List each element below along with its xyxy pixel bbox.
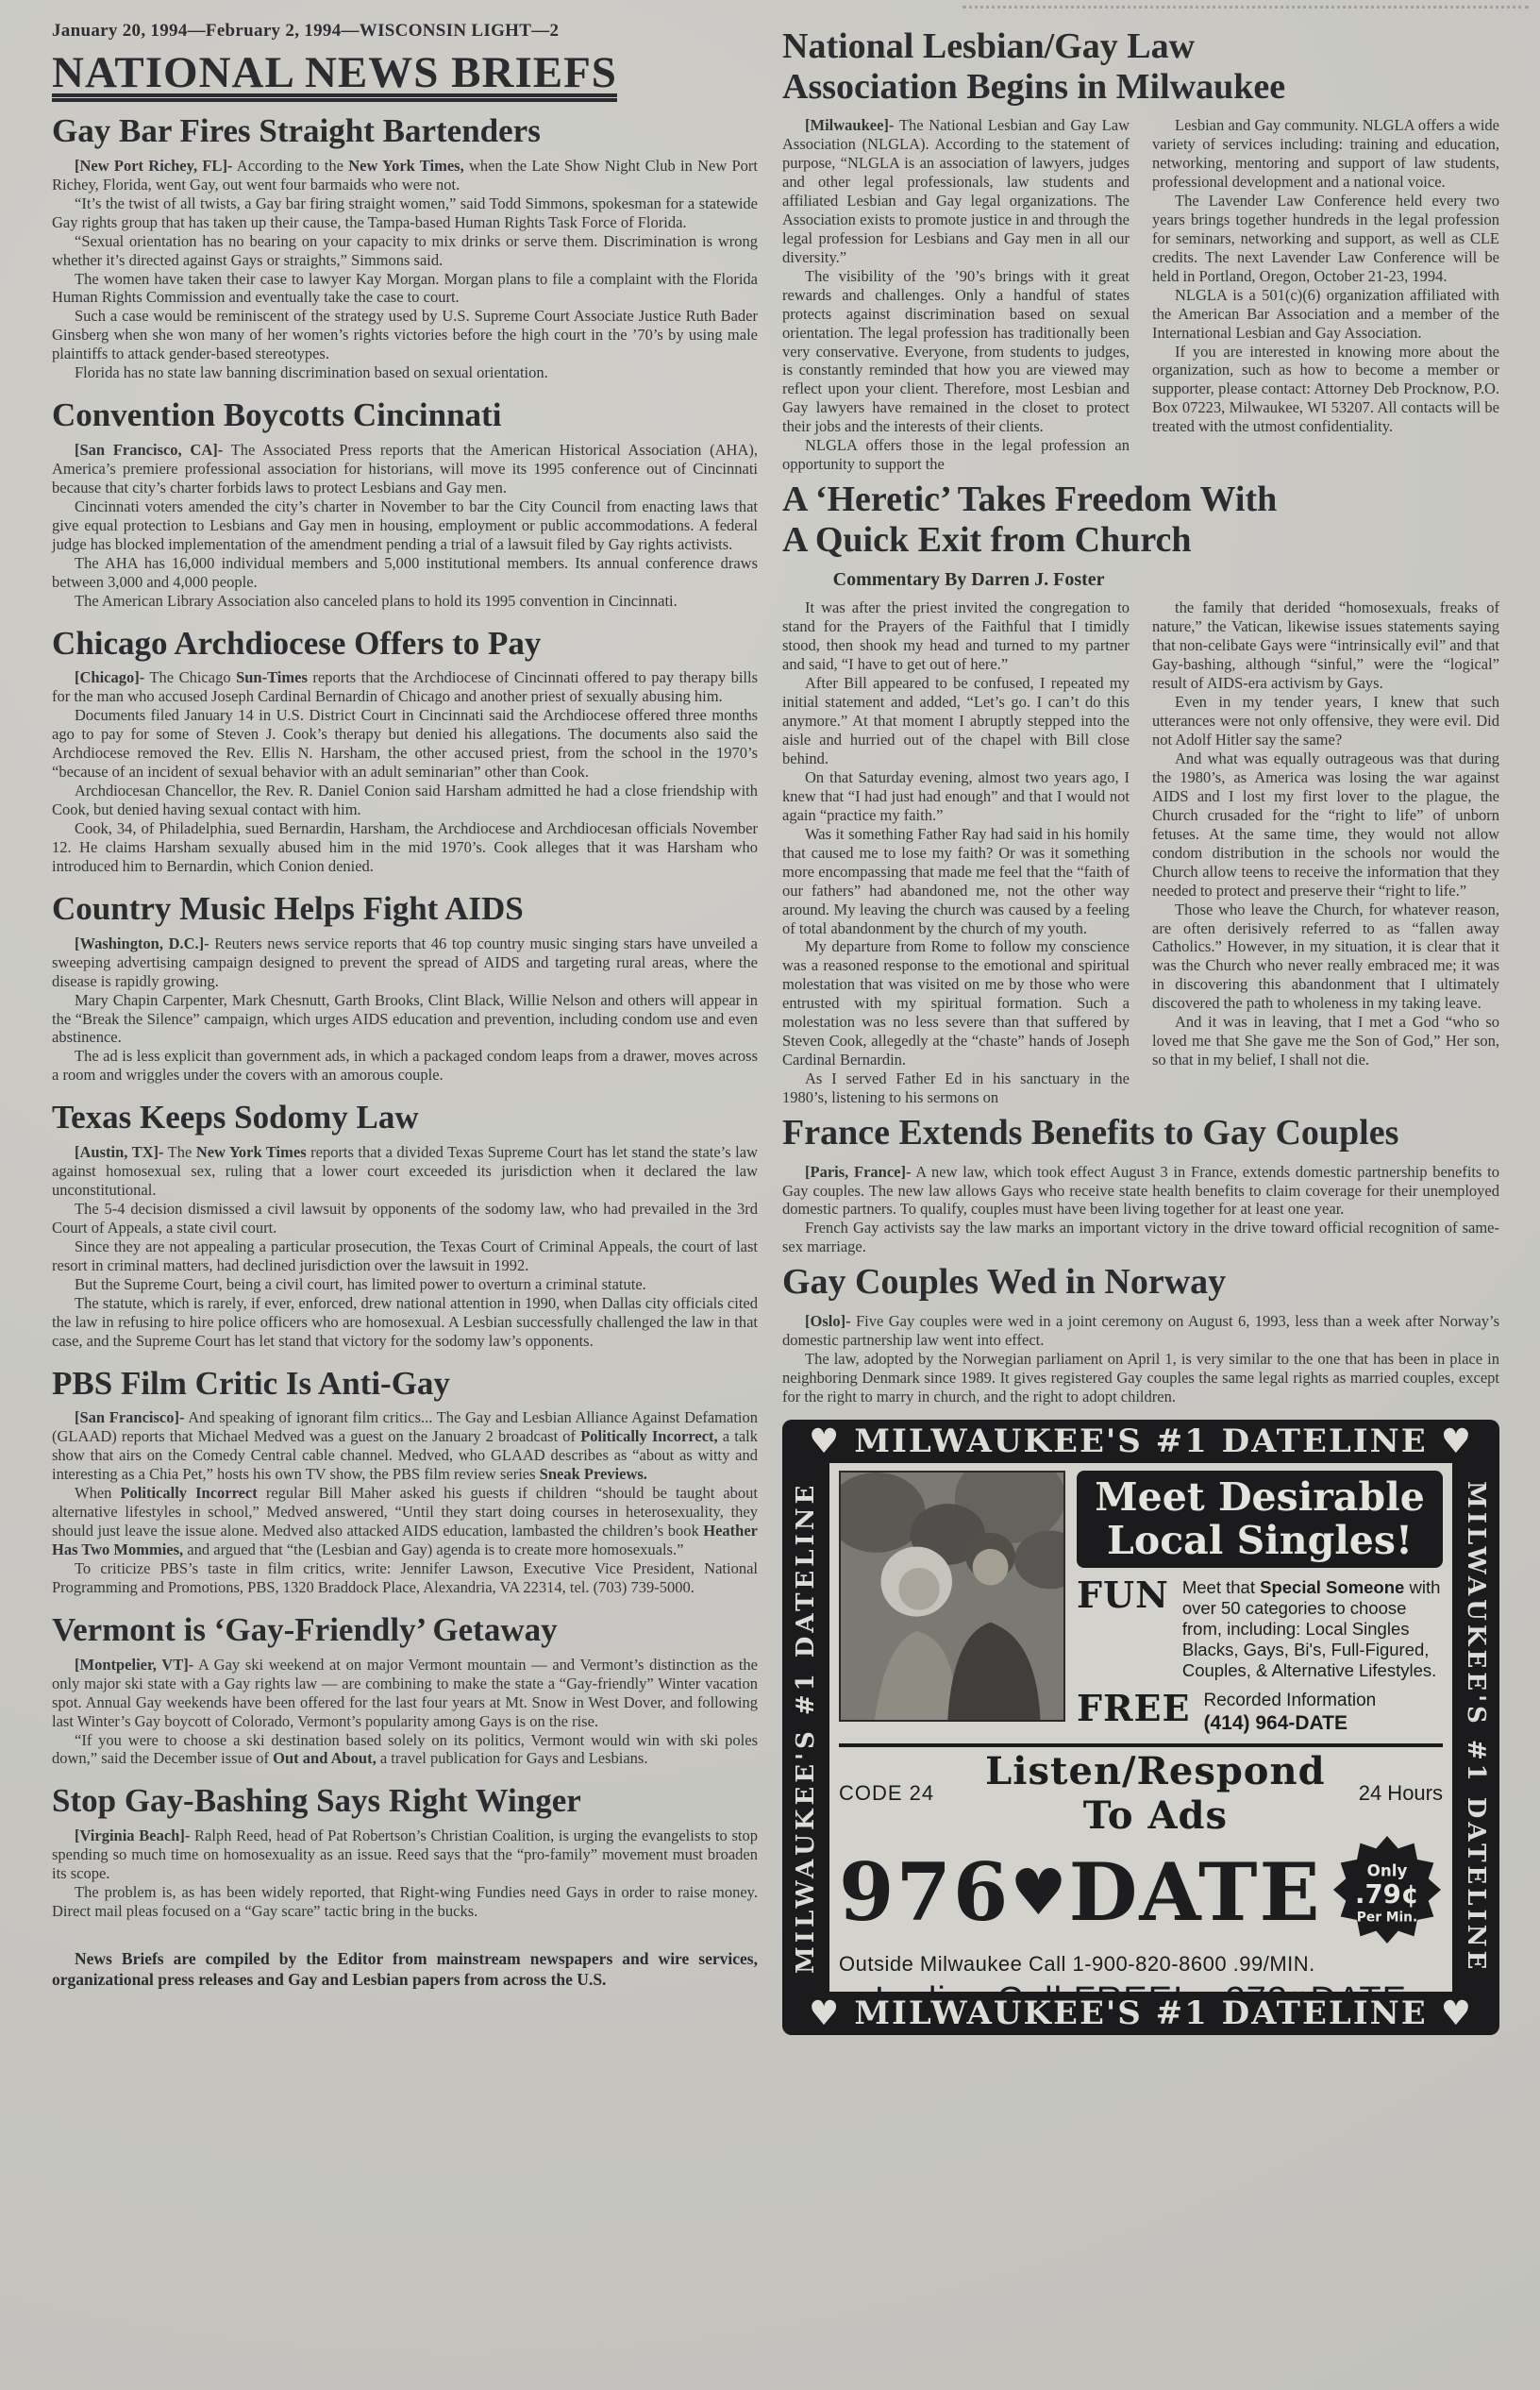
article-paragraph: [New Port Richey, FL]- According to the … [52, 157, 758, 194]
article-paragraph: Lesbian and Gay community. NLGLA offers … [1152, 116, 1499, 192]
article-headline: Gay Bar Fires Straight Bartenders [52, 113, 758, 149]
article-paragraph: Cook, 34, of Philadelphia, sued Bernardi… [52, 819, 758, 876]
article-paragraph: The law, adopted by the Norwegian parlia… [782, 1350, 1499, 1406]
ad-main-phone-row: 976♥DATE Only .79¢ Per Min. [839, 1834, 1443, 1950]
article-headline: Gay Couples Wed in Norway [782, 1262, 1499, 1303]
news-article: National Lesbian/Gay Law Association Beg… [782, 26, 1499, 474]
article-paragraph: “Sexual orientation has no bearing on yo… [52, 232, 758, 270]
article-headline: France Extends Benefits to Gay Couples [782, 1113, 1499, 1153]
ad-listen-row: CODE 24 Listen/Respond To Ads 24 Hours [839, 1749, 1443, 1838]
article-paragraph: The ad is less explicit than government … [52, 1047, 758, 1085]
article-paragraph: The 5-4 decision dismissed a civil lawsu… [52, 1200, 758, 1237]
outside-milwaukee-line: Outside Milwaukee Call 1-900-820-8600 .9… [839, 1952, 1443, 1977]
left-articles: Gay Bar Fires Straight Bartenders[New Po… [52, 113, 758, 1921]
ad-free-row: FREE Recorded Information (414) 964-DATE [1077, 1691, 1443, 1737]
ad-divider [839, 1743, 1443, 1747]
page-columns: January 20, 1994—February 2, 1994—WISCON… [0, 0, 1540, 2035]
article-headline: Stop Gay-Bashing Says Right Winger [52, 1783, 758, 1819]
article-paragraph: Archdiocesan Chancellor, the Rev. R. Dan… [52, 782, 758, 819]
article-headline: Texas Keeps Sodomy Law [52, 1100, 758, 1136]
article-paragraph: French Gay activists say the law marks a… [782, 1219, 1499, 1256]
article-headline: Chicago Archdiocese Offers to Pay [52, 626, 758, 662]
article-subcolumn: the family that derided “homosexuals, fr… [1152, 598, 1499, 1107]
article-paragraph: Cincinnati voters amended the city’s cha… [52, 497, 758, 554]
article-paragraph: To criticize PBS’s taste in film critics… [52, 1559, 758, 1597]
article-paragraph: Those who leave the Church, for whatever… [1152, 900, 1499, 1014]
article-paragraph: The statute, which is rarely, if ever, e… [52, 1294, 758, 1351]
article-paragraph: The problem is, as has been widely repor… [52, 1883, 758, 1921]
article-paragraph: And what was equally outrageous was that… [1152, 749, 1499, 900]
article-paragraph: The AHA has 16,000 individual members an… [52, 554, 758, 592]
code24-label: CODE 24 [839, 1781, 952, 1806]
free-line1: Recorded Information [1204, 1691, 1377, 1710]
ad-side-left: MILWAUKEE'S #1 DATELINE [782, 1463, 829, 1992]
article-paragraph: My departure from Rome to follow my cons… [782, 937, 1130, 1069]
main-phone-number: 976♥DATE [839, 1855, 1322, 1930]
ad-headline: Meet Desirable Local Singles! [1077, 1471, 1443, 1569]
section-title-national-news-briefs: NATIONAL NEWS BRIEFS [52, 47, 758, 98]
price-starburst-79: Only .79¢ Per Min. [1331, 1834, 1443, 1950]
article-paragraph: [Montpelier, VT]- A Gay ski weekend at o… [52, 1656, 758, 1731]
listen-respond-label: Listen/Respond To Ads [960, 1749, 1351, 1838]
article-subcolumn: Lesbian and Gay community. NLGLA offers … [1152, 116, 1499, 474]
fun-text: Meet that Special Someone with over 50 c… [1182, 1577, 1443, 1680]
article-paragraph: The women have taken their case to lawye… [52, 270, 758, 308]
article-paragraph: Such a case would be reminiscent of the … [52, 307, 758, 363]
article-paragraph: As I served Father Ed in his sanctuary i… [782, 1069, 1130, 1107]
ad-content: Meet Desirable Local Singles! FUN Meet t… [829, 1463, 1452, 1992]
news-article: PBS Film Critic Is Anti-Gay[San Francisc… [52, 1366, 758, 1597]
article-paragraph: Was it something Father Ray had said in … [782, 825, 1130, 938]
news-article: Chicago Archdiocese Offers to Pay[Chicag… [52, 626, 758, 876]
burst-line2: .79¢ [1355, 1879, 1419, 1910]
news-article: Gay Couples Wed in Norway[Oslo]- Five Ga… [782, 1262, 1499, 1405]
couple-photo-illustration [841, 1473, 1063, 1720]
free-text: Recorded Information (414) 964-DATE [1204, 1691, 1377, 1737]
article-headline: PBS Film Critic Is Anti-Gay [52, 1366, 758, 1402]
ladies-call-label: Ladies Call FREE! [875, 1980, 1183, 1991]
heart-icon: ♥ [1288, 1980, 1311, 1991]
free-label: FREE [1077, 1691, 1191, 1726]
ad-headline-line1: Meet Desirable [1080, 1476, 1439, 1520]
phone-prefix: 976 [839, 1845, 1010, 1939]
article-headline: National Lesbian/Gay Law Association Beg… [782, 26, 1499, 107]
article-paragraph: Florida has no state law banning discrim… [52, 363, 758, 382]
ad-top-right: Meet Desirable Local Singles! FUN Meet t… [1077, 1471, 1443, 1737]
ad-banner-top: ♥ MILWAUKEE'S #1 DATELINE ♥ [782, 1420, 1499, 1463]
article-paragraph: NLGLA is a 501(c)(6) organization affili… [1152, 286, 1499, 343]
ladies-phone: 272♥DATE [1225, 1980, 1407, 1991]
dateline-advertisement: ♥ MILWAUKEE'S #1 DATELINE ♥ MILWAUKEE'S … [782, 1420, 1499, 2035]
fun-label: FUN [1077, 1577, 1169, 1613]
article-subcolumn: [Milwaukee]- The National Lesbian and Ga… [782, 116, 1130, 474]
article-headline: A ‘Heretic’ Takes Freedom With A Quick E… [782, 480, 1499, 560]
phone-suffix: DATE [1069, 1845, 1322, 1939]
scan-artifact-dots [962, 6, 1529, 8]
article-paragraph: It was after the priest invited the cong… [782, 598, 1130, 674]
article-paragraph: NLGLA offers those in the legal professi… [782, 436, 1130, 474]
article-paragraph: [Paris, France]- A new law, which took e… [782, 1163, 1499, 1220]
news-article: France Extends Benefits to Gay Couples[P… [782, 1113, 1499, 1256]
article-paragraph: [Austin, TX]- The New York Times reports… [52, 1143, 758, 1200]
couple-photo [839, 1471, 1065, 1722]
ad-top-section: Meet Desirable Local Singles! FUN Meet t… [839, 1471, 1443, 1737]
article-paragraph: the family that derided “homosexuals, fr… [1152, 598, 1499, 693]
article-paragraph: The visibility of the ’90’s brings with … [782, 267, 1130, 437]
news-article: A ‘Heretic’ Takes Freedom With A Quick E… [782, 480, 1499, 1107]
article-paragraph: If you are interested in knowing more ab… [1152, 343, 1499, 437]
article-paragraph: After Bill appeared to be confused, I re… [782, 674, 1130, 768]
news-article: Convention Boycotts Cincinnati[San Franc… [52, 397, 758, 610]
article-paragraph: [Chicago]- The Chicago Sun-Times reports… [52, 668, 758, 706]
article-byline: Commentary By Darren J. Foster [782, 569, 1155, 591]
right-column: National Lesbian/Gay Law Association Beg… [782, 21, 1499, 2035]
article-headline: Vermont is ‘Gay-Friendly’ Getaway [52, 1612, 758, 1648]
ladies-call-row: Ladies Call FREE! 272♥DATE [839, 1980, 1443, 1991]
article-paragraph: [Virginia Beach]- Ralph Reed, head of Pa… [52, 1826, 758, 1883]
newspaper-page: January 20, 1994—February 2, 1994—WISCON… [0, 0, 1540, 2390]
news-article: Texas Keeps Sodomy Law[Austin, TX]- The … [52, 1100, 758, 1350]
news-article: Country Music Helps Fight AIDS[Washingto… [52, 891, 758, 1085]
page-header: January 20, 1994—February 2, 1994—WISCON… [52, 21, 758, 42]
heart-icon: ♥ [1010, 1855, 1068, 1929]
news-article: Gay Bar Fires Straight Bartenders[New Po… [52, 113, 758, 382]
article-paragraph: On that Saturday evening, almost two yea… [782, 768, 1130, 825]
news-briefs-footer-note: News Briefs are compiled by the Editor f… [52, 1949, 758, 1991]
burst-line3: Per Min. [1357, 1910, 1417, 1926]
ad-banner-bottom: ♥ MILWAUKEE'S #1 DATELINE ♥ [782, 1992, 1499, 2035]
article-subcolumns: [Milwaukee]- The National Lesbian and Ga… [782, 116, 1499, 474]
article-paragraph: The American Library Association also ca… [52, 592, 758, 611]
ad-banner-bottom-text: MILWAUKEE'S #1 DATELINE [854, 1994, 1427, 2032]
heart-icon: ♥ [1441, 1424, 1473, 1458]
article-paragraph: Mary Chapin Carpenter, Mark Chesnutt, Ga… [52, 991, 758, 1048]
article-paragraph: [Washington, D.C.]- Reuters news service… [52, 934, 758, 991]
article-headline: Convention Boycotts Cincinnati [52, 397, 758, 433]
article-subcolumns: It was after the priest invited the cong… [782, 598, 1499, 1107]
heart-icon: ♥ [809, 1996, 841, 2030]
news-article: Vermont is ‘Gay-Friendly’ Getaway[Montpe… [52, 1612, 758, 1769]
article-paragraph: When Politically Incorrect regular Bill … [52, 1484, 758, 1559]
ad-fun-row: FUN Meet that Special Someone with over … [1077, 1577, 1443, 1680]
article-paragraph: [Oslo]- Five Gay couples were wed in a j… [782, 1312, 1499, 1350]
burst-line1: Only [1367, 1860, 1408, 1879]
article-headline: Country Music Helps Fight AIDS [52, 891, 758, 927]
right-articles: National Lesbian/Gay Law Association Beg… [782, 26, 1499, 1406]
article-paragraph: Even in my tender years, I knew that suc… [1152, 693, 1499, 749]
article-paragraph: Documents filed January 14 in U.S. Distr… [52, 706, 758, 782]
article-paragraph: Since they are not appealing a particula… [52, 1237, 758, 1275]
article-paragraph: The Lavender Law Conference held every t… [1152, 192, 1499, 286]
article-paragraph: But the Supreme Court, being a civil cou… [52, 1275, 758, 1294]
heart-icon: ♥ [809, 1424, 841, 1458]
article-paragraph: “If you were to choose a ski destination… [52, 1731, 758, 1769]
article-paragraph: [San Francisco]- And speaking of ignoran… [52, 1408, 758, 1484]
ad-banner-top-text: MILWAUKEE'S #1 DATELINE [854, 1422, 1427, 1460]
article-paragraph: “It’s the twist of all twists, a Gay bar… [52, 194, 758, 232]
news-article: Stop Gay-Bashing Says Right Winger[Virgi… [52, 1783, 758, 1921]
ad-headline-line2: Local Singles! [1080, 1520, 1439, 1563]
free-phone: (414) 964-DATE [1204, 1712, 1348, 1734]
article-paragraph: [San Francisco, CA]- The Associated Pres… [52, 441, 758, 497]
article-paragraph: [Milwaukee]- The National Lesbian and Ga… [782, 116, 1130, 267]
heart-icon: ♥ [1441, 1996, 1473, 2030]
ad-side-right: MILWAUKEE'S #1 DATELINE [1452, 1463, 1499, 1992]
article-paragraph: And it was in leaving, that I met a God … [1152, 1013, 1499, 1069]
article-subcolumn: It was after the priest invited the cong… [782, 598, 1130, 1107]
left-column: January 20, 1994—February 2, 1994—WISCON… [52, 21, 758, 2035]
24-hours-label: 24 Hours [1359, 1781, 1443, 1806]
